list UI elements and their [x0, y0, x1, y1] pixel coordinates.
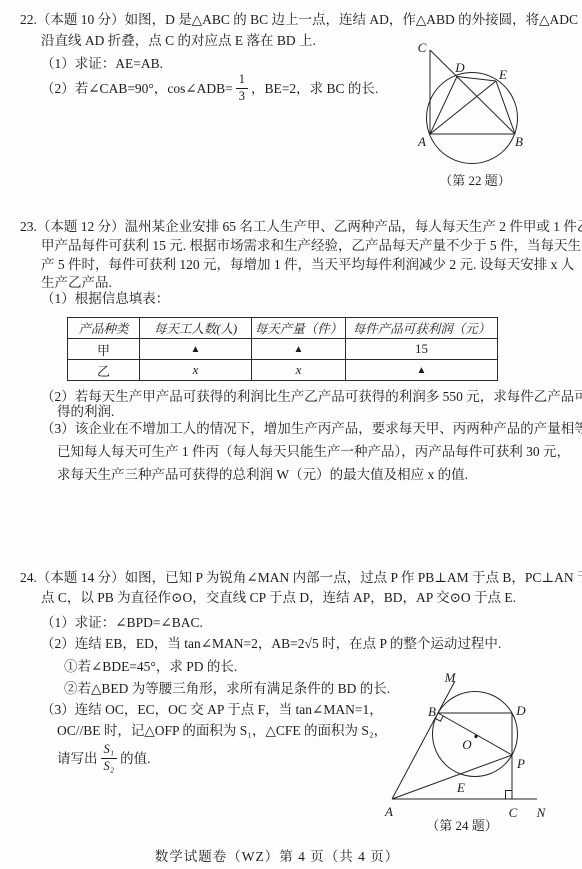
fraction-denominator: S₂: [104, 759, 115, 773]
table-header-output: 每天产量（件）: [252, 318, 346, 339]
q23-fill-table: 产品种类 每天工人数(人) 每天产量（件） 每件产品可获利润（元） 甲 ▲ ▲ …: [67, 317, 498, 381]
cell-yi-profit: ▲: [346, 360, 498, 381]
fraction-numerator: S₁: [101, 743, 118, 758]
cell-jia-profit: 15: [346, 339, 498, 360]
point-label-b: B: [515, 134, 523, 149]
figure-22-segments: [430, 50, 515, 134]
q23-part3-line3: 求每天生产三种产品可获得的总利润 W（元）的最大值及相应 x 的值.: [57, 467, 468, 482]
q23-part1: （1）根据信息填表：: [41, 291, 169, 306]
q24-part3-pre: 请写出: [57, 751, 98, 766]
point-label-e: E: [498, 67, 507, 82]
figure-22-caption: （第 22 题）: [400, 170, 550, 189]
point-label-b: B: [428, 704, 436, 719]
q22-part2-pre: （2）若∠CAB=90°，cos∠ADB=: [41, 81, 233, 96]
page-footer: 数学试题卷（WZ）第 4 页（共 4 页）: [0, 845, 582, 865]
q24-line1: 24.（本题 14 分）如图，已知 P 为锐角∠MAN 内部一点，过点 P 作 …: [20, 570, 582, 585]
q24-part2-sub2: ②若△BED 为等腰三角形，求所有满足条件的 BD 的长.: [64, 681, 390, 696]
q24-part3-post: 的值.: [120, 751, 150, 766]
q23-line4: 生产乙产品.: [41, 275, 112, 290]
cell-jia-output: ▲: [252, 339, 346, 360]
q23-line2: 甲产品每件可获利 15 元. 根据市场需求和生产经验，乙产品每天产量不少于 5 …: [41, 238, 581, 253]
table-header-profit: 每件产品可获利润（元）: [346, 318, 498, 339]
figure-24: M B D O P E A C N: [376, 666, 560, 818]
q22-part2-post: ，BE=2，求 BC 的长.: [251, 81, 378, 96]
q24-part3-line3: 请写出 S₁ S₂ 的值.: [57, 744, 150, 772]
q24-line2: 点 C，以 PB 为直径作⊙O，交直线 CP 于点 D，连结 AP，BD，AP …: [41, 590, 516, 605]
point-label-d: D: [515, 703, 526, 718]
q22-part2: （2）若∠CAB=90°，cos∠ADB= 1 3 ，BE=2，求 BC 的长.: [41, 74, 378, 102]
circumcircle-abd: [427, 73, 518, 164]
point-label-a: A: [417, 134, 426, 149]
point-label-d: D: [454, 60, 465, 75]
q23-part2-line2: 得的利润.: [57, 404, 114, 419]
q23-line3: 产 5 件时，每件可获利 120 元，每增加 1 件，当天平均每件利润减少 2 …: [41, 257, 574, 272]
fraction-numerator: 1: [236, 73, 248, 88]
exam-page: 22.（本题 10 分）如图，D 是△ABC 的 BC 边上一点，连结 AD，作…: [0, 0, 582, 869]
fraction-s1-s2: S₁ S₂: [101, 743, 118, 772]
q24-part3-line1: （3）连结 OC，EC，OC 交 AP 于点 F，当 tan∠MAN=1，: [41, 702, 383, 717]
q23-line1: 23.（本题 12 分）温州某企业安排 65 名工人生产甲、乙两种产品，每人每天…: [20, 219, 582, 234]
right-angle-mark-c: [506, 791, 513, 800]
figure-22: C D E A B: [400, 36, 550, 168]
q24-part3-line2: OC//BE 时，记△OFP 的面积为 S₁，△CFE 的面积为 S₂，: [57, 723, 387, 738]
point-label-c: C: [418, 40, 427, 55]
table-row-jia: 甲 ▲ ▲ 15: [68, 339, 498, 360]
q22-part1: （1）求证：AE=AB.: [41, 56, 163, 71]
point-label-o: O: [462, 737, 472, 752]
q24-part2-sub1: ①若∠BDE=45°，求 PD 的长.: [64, 659, 237, 674]
center-dot-o: [474, 735, 477, 738]
q23-part2-line1: （2）若每天生产甲产品可获得的利润比生产乙产品可获得的利润多 550 元，求每件…: [41, 389, 582, 404]
cell-jia-name: 甲: [68, 339, 140, 360]
cell-yi-name: 乙: [68, 360, 140, 381]
table-row-yi: 乙 x x ▲: [68, 360, 498, 381]
point-label-p: P: [516, 756, 525, 771]
cell-jia-workers: ▲: [140, 339, 252, 360]
q23-part3-line2: 已知每人每天可生产 1 件丙（每人每天只能生产一种产品），丙产品每件可获利 30…: [57, 444, 570, 459]
table-header-row: 产品种类 每天工人数(人) 每天产量（件） 每件产品可获利润（元）: [68, 318, 498, 339]
figure-24-caption: （第 24 题）: [370, 815, 554, 834]
point-label-m: M: [444, 670, 457, 685]
q24-part1: （1）求证：∠BPD=∠BAC.: [41, 615, 203, 630]
point-label-e: E: [456, 780, 465, 795]
table-header-product-type: 产品种类: [68, 318, 140, 339]
q23-part3-line1: （3）该企业在不增加工人的情况下，增加生产丙产品，要求每天甲、丙两种产品的产量相…: [41, 421, 582, 436]
q24-part2: （2）连结 EB，ED，当 tan∠MAN=2，AB=2√5 时，在点 P 的整…: [41, 636, 501, 651]
cell-yi-output: x: [252, 360, 346, 381]
q22-line2: 沿直线 AD 折叠，点 C 的对应点 E 落在 BD 上.: [41, 33, 316, 48]
cell-yi-workers: x: [140, 360, 252, 381]
fraction-denominator: 3: [239, 89, 245, 103]
table-header-workers: 每天工人数(人): [140, 318, 252, 339]
q22-line1: 22.（本题 10 分）如图，D 是△ABC 的 BC 边上一点，连结 AD，作…: [20, 12, 578, 27]
fraction-one-third: 1 3: [236, 73, 248, 102]
